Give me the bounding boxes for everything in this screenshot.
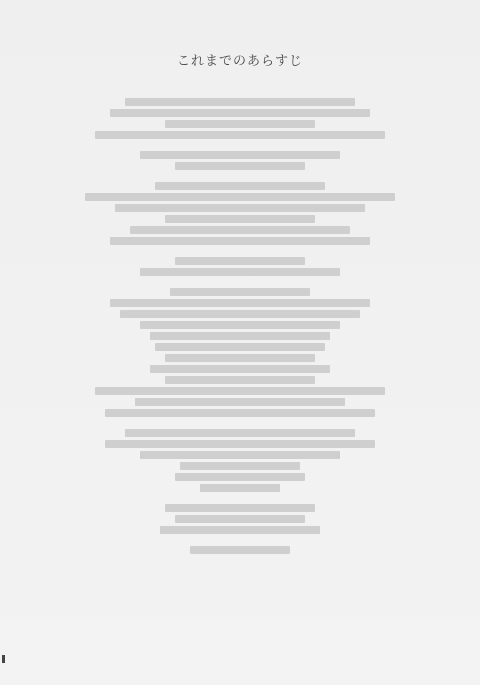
text-line-placeholder (110, 299, 370, 307)
text-line-placeholder (175, 473, 305, 481)
stanza-1 (40, 151, 440, 170)
page-edge-mark (2, 655, 5, 663)
text-line-placeholder (150, 365, 330, 373)
text-line-placeholder (125, 429, 355, 437)
text-line-placeholder (95, 131, 385, 139)
text-line-placeholder (150, 332, 330, 340)
text-line-placeholder (155, 343, 325, 351)
page-title: これまでのあらすじ (0, 50, 480, 69)
text-line-placeholder (110, 237, 370, 245)
text-line-placeholder (175, 257, 305, 265)
text-line-placeholder (130, 226, 350, 234)
text-line-placeholder (140, 151, 340, 159)
stanza-3 (40, 257, 440, 276)
text-line-placeholder (105, 440, 375, 448)
text-line-placeholder (110, 109, 370, 117)
text-line-placeholder (105, 409, 375, 417)
text-line-placeholder (175, 515, 305, 523)
text-line-placeholder (165, 376, 315, 384)
text-line-placeholder (140, 451, 340, 459)
text-line-placeholder (115, 204, 365, 212)
text-line-placeholder (135, 398, 345, 406)
stanza-6 (40, 504, 440, 534)
document-page: これまでのあらすじ (0, 0, 480, 685)
synopsis-body (40, 95, 440, 566)
text-line-placeholder (165, 120, 315, 128)
text-line-placeholder (120, 310, 360, 318)
text-line-placeholder (125, 98, 355, 106)
text-line-placeholder (175, 162, 305, 170)
text-line-placeholder (190, 546, 290, 554)
stanza-2 (40, 182, 440, 245)
text-line-placeholder (140, 268, 340, 276)
stanza-0 (40, 98, 440, 139)
stanza-7 (40, 546, 440, 554)
stanza-5 (40, 429, 440, 492)
text-line-placeholder (140, 321, 340, 329)
text-line-placeholder (170, 288, 310, 296)
text-line-placeholder (180, 462, 300, 470)
text-line-placeholder (160, 526, 320, 534)
stanza-4 (40, 288, 440, 417)
text-line-placeholder (85, 193, 395, 201)
text-line-placeholder (155, 182, 325, 190)
text-line-placeholder (95, 387, 385, 395)
text-line-placeholder (165, 354, 315, 362)
text-line-placeholder (165, 215, 315, 223)
text-line-placeholder (200, 484, 280, 492)
text-line-placeholder (165, 504, 315, 512)
